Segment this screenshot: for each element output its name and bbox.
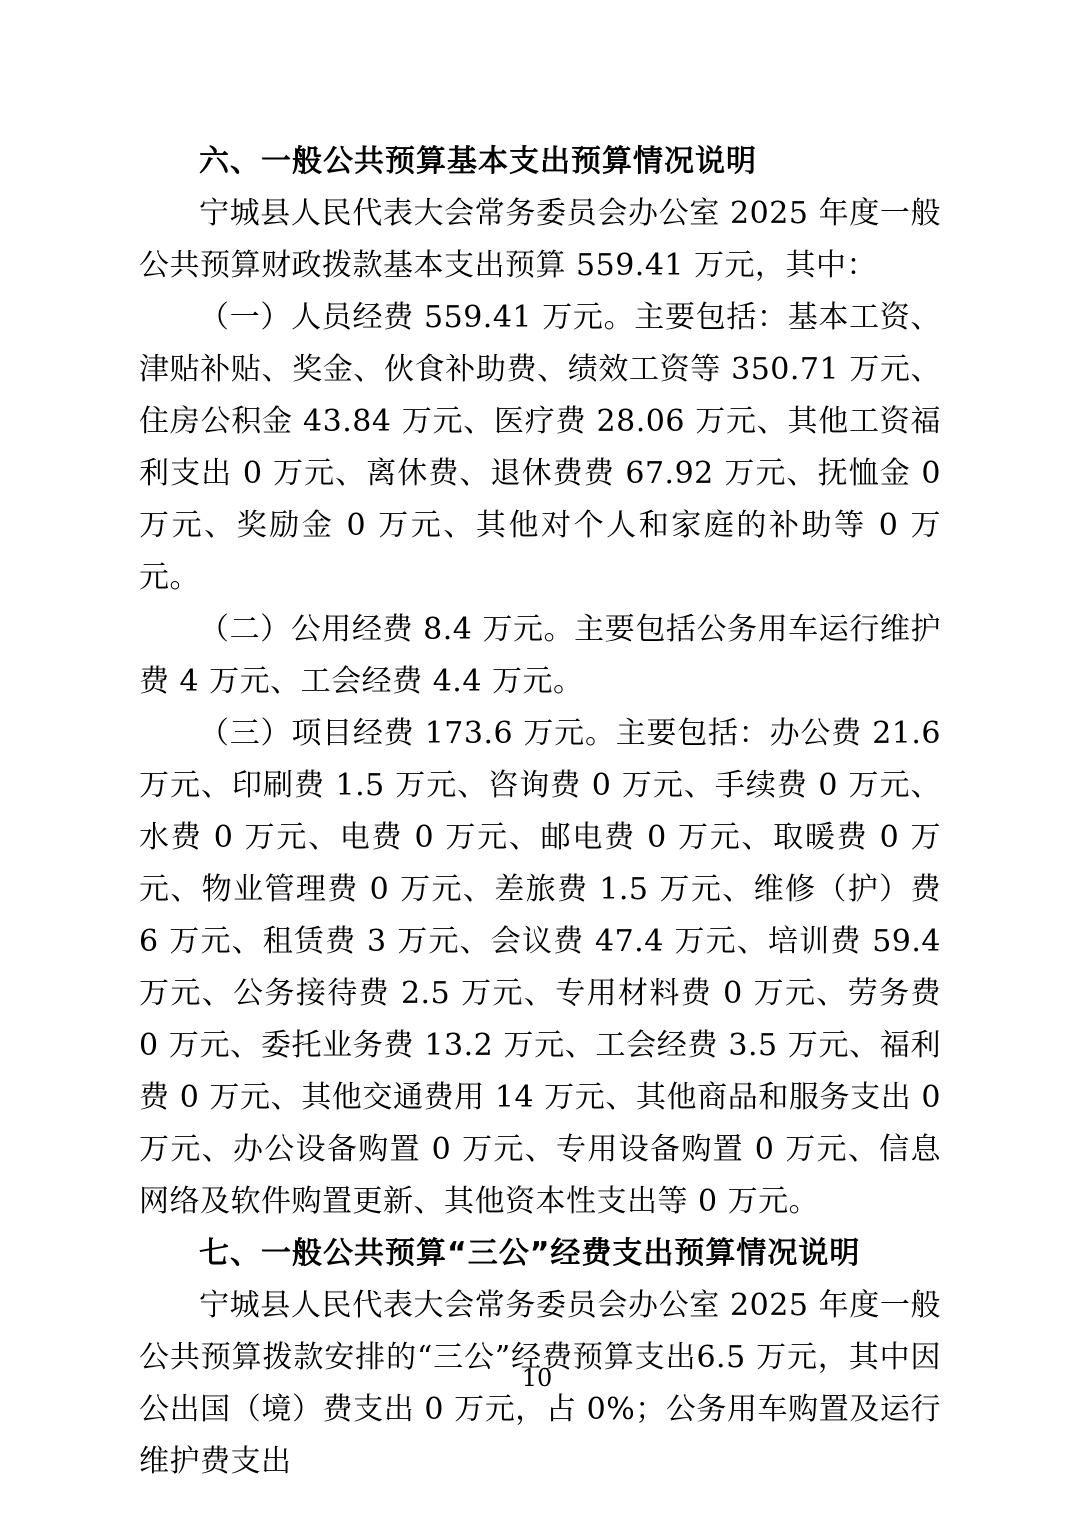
paragraph-public-funds: （二）公用经费 8.4 万元。主要包括公务用车运行维护费 4 万元、工会经费 4… [139,604,941,708]
paragraph-project-funds: （三）项目经费 173.6 万元。主要包括：办公费 21.6 万元、印刷费 1.… [139,708,941,1228]
page-number: 10 [0,1363,1074,1393]
document-body: 六、一般公共预算基本支出预算情况说明 宁城县人民代表大会常务委员会办公室 202… [139,136,941,1488]
section-heading-three-public-expenses: 七、一般公共预算“三公”经费支出预算情况说明 [139,1228,941,1280]
paragraph-personnel-funds: （一）人员经费 559.41 万元。主要包括：基本工资、津贴补贴、奖金、伙食补助… [139,292,941,604]
paragraph-basic-expenditure-intro: 宁城县人民代表大会常务委员会办公室 2025 年度一般公共预算财政拨款基本支出预… [139,188,941,292]
document-page: 六、一般公共预算基本支出预算情况说明 宁城县人民代表大会常务委员会办公室 202… [0,0,1074,1520]
section-heading-basic-expenditure: 六、一般公共预算基本支出预算情况说明 [139,136,941,188]
